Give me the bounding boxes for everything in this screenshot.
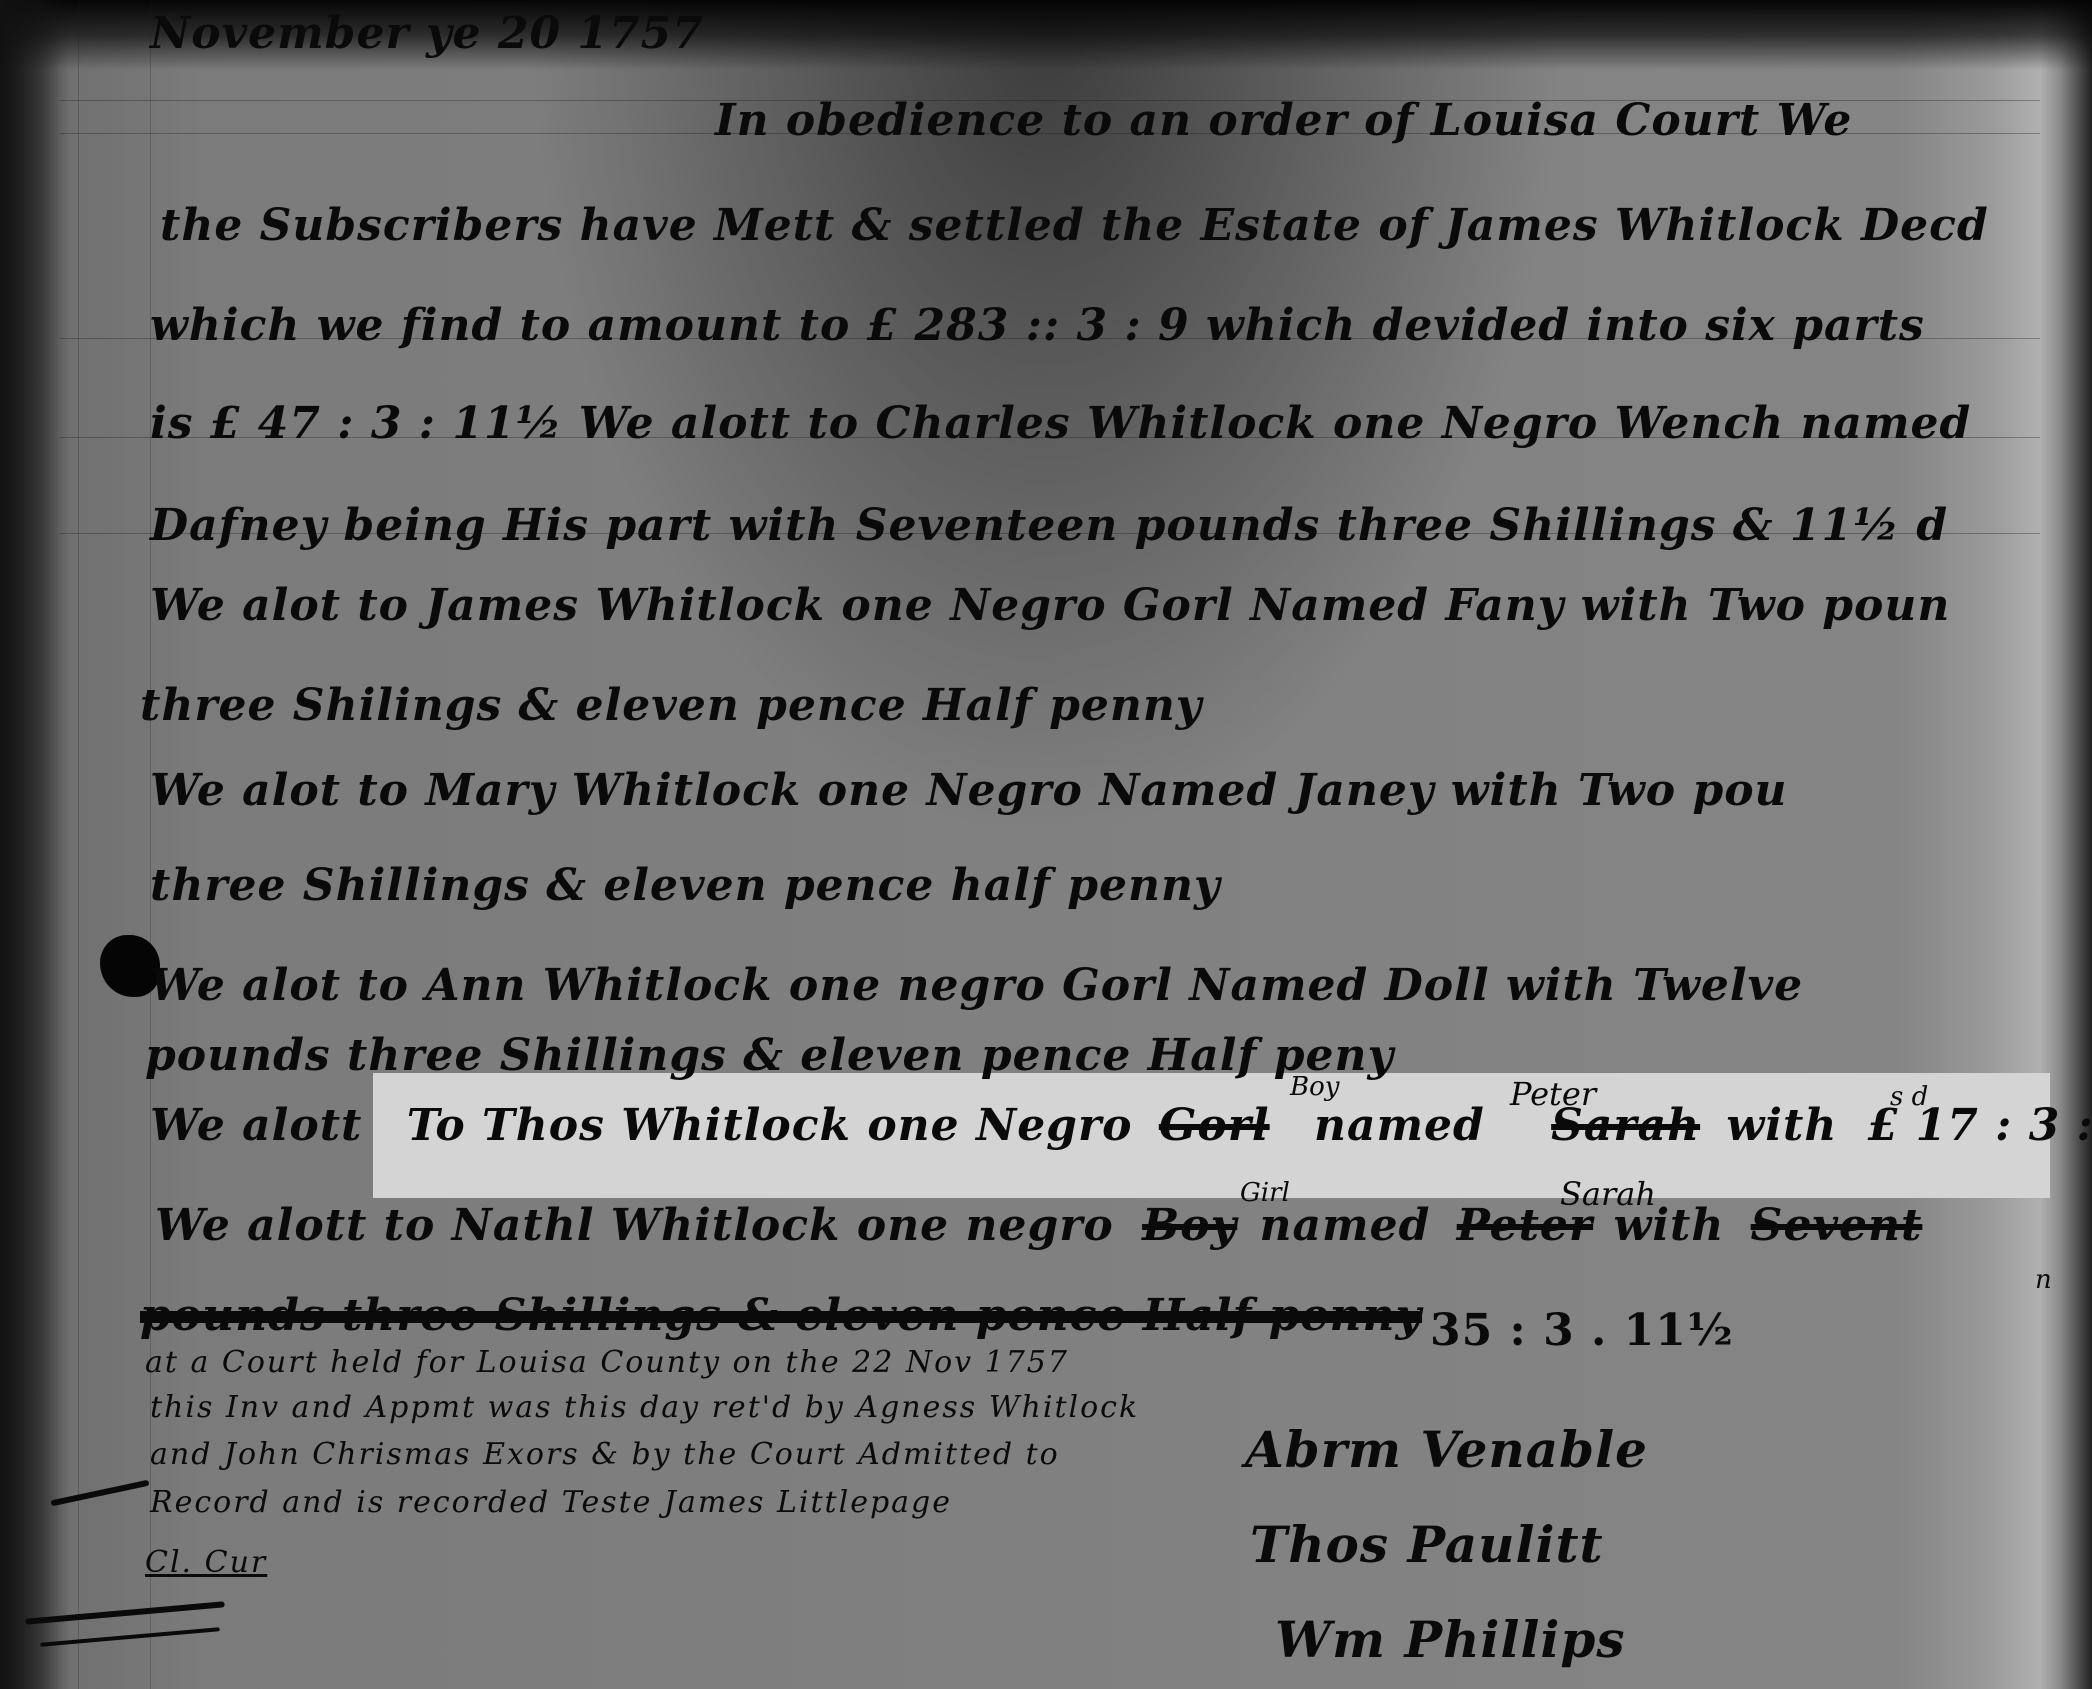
court-note-line-2: this Inv and Appmt was this day ret'd by…	[150, 1390, 1139, 1425]
nath-tail-super: n	[2035, 1265, 2052, 1295]
margin-line	[150, 0, 151, 1689]
body-line-3: which we find to amount to £ 283 :: 3 : …	[150, 300, 1925, 351]
nath-insert-girl: Girl	[1240, 1178, 1290, 1208]
signature-venable: Abrm Venable	[1245, 1420, 1648, 1479]
thos-named: named	[1314, 1100, 1485, 1151]
struck-line: pounds three Shillings & eleven pence Ha…	[140, 1290, 1422, 1341]
body-line-7: three Shilings & eleven pence Half penny	[140, 680, 1202, 731]
signature-phillips: Wm Phillips	[1275, 1610, 1626, 1669]
nath-line: We alott to Nathl Whitlock one negro Boy…	[155, 1200, 1922, 1251]
scan-left-shadow	[0, 0, 70, 1689]
court-note-line-4: Record and is recorded Teste James Littl…	[150, 1485, 952, 1520]
signature-paulitt: Thos Paulitt	[1250, 1515, 1604, 1574]
thos-with: with	[1726, 1100, 1837, 1151]
thos-insert-peter: Peter	[1510, 1075, 1596, 1113]
court-note-line-1: at a Court held for Louisa County on the…	[145, 1345, 1069, 1380]
body-line-9: three Shillings & eleven pence half penn…	[150, 860, 1221, 911]
body-line-1: In obedience to an order of Louisa Court…	[715, 95, 1852, 146]
thos-struck-word: Gorl	[1159, 1100, 1270, 1151]
thos-line-prefix: We alott	[150, 1100, 362, 1151]
body-line-4: is £ 47 : 3 : 11½ We alott to Charles Wh…	[150, 398, 1971, 449]
body-line-11: pounds three Shillings & eleven pence Ha…	[145, 1030, 1394, 1081]
body-line-2: the Subscribers have Mett & settled the …	[160, 200, 1989, 251]
body-line-10: We alot to Ann Whitlock one negro Gorl N…	[150, 960, 1803, 1011]
body-line-6: We alot to James Whitlock one Negro Gorl…	[150, 580, 1950, 631]
nath-line-text: We alott to Nathl Whitlock one negro	[155, 1200, 1114, 1251]
court-note-clerk: Cl. Cur	[145, 1545, 267, 1580]
thos-insert-boy: Boy	[1290, 1072, 1339, 1102]
margin-line	[78, 0, 79, 1689]
body-line-8: We alot to Mary Whitlock one Negro Named…	[150, 765, 1788, 816]
nath-struck-tail: Sevent	[1751, 1200, 1923, 1251]
court-note-line-3: and John Chrismas Exors & by the Court A…	[150, 1437, 1060, 1472]
thos-line-text: To Thos Whitlock one Negro	[407, 1100, 1133, 1151]
heading-date: November ye 20 1757	[150, 8, 704, 59]
document-page: November ye 20 1757 In obedience to an o…	[0, 0, 2092, 1689]
thos-line: We alott To Thos Whitlock one Negro Gorl…	[150, 1100, 2092, 1151]
nath-insert-sarah: Sarah	[1560, 1175, 1656, 1213]
body-line-5: Dafney being His part with Seventeen pou…	[150, 500, 1948, 551]
struck-line-total: 35 : 3 . 11½	[1430, 1305, 1734, 1356]
thos-amount-super: s d	[1890, 1082, 1928, 1112]
nath-struck-word: Boy	[1142, 1200, 1237, 1251]
